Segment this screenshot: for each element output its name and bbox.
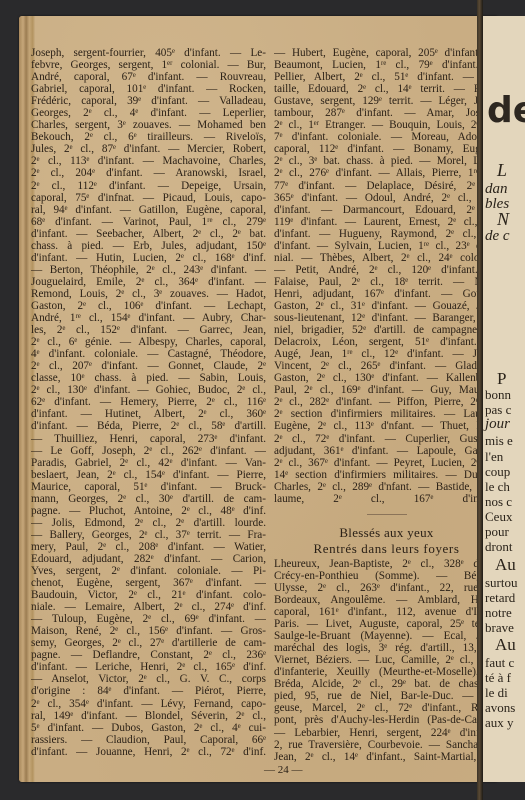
- text-line: — Berton, Théophile, 2ᵉ cl., 243ᵉ d'infa…: [31, 264, 266, 276]
- adjacent-fragment: brave: [485, 621, 514, 634]
- text-line: Bordeaux, Angoulême. — Amblard, Henri,: [274, 594, 499, 606]
- text-line: Ulysse, 2ᵉ cl., 263ᵉ d'infant., 22, rue …: [274, 582, 499, 594]
- adjacent-fragment: le di: [485, 686, 508, 699]
- text-line: 14ᵉ section d'infirmiers militaires. — D…: [274, 469, 499, 481]
- text-line: — Le Goff, Joseph, 2ᵉ cl., 262ᵉ d'infant…: [31, 445, 266, 457]
- text-line: 2ᵉ cl., 276ᵉ d'infant. — Allais, Pierre,…: [274, 167, 499, 179]
- text-line: nial. — Thèbes, Albert, 2ᵉ cl., 24ᵉ colo…: [274, 252, 499, 264]
- text-line: tambour, 287ᵉ d'infant. — Amar, Joseph,: [274, 107, 499, 119]
- text-line: pagne. — Pluchot, Antoine, 2ᵉ cl., 48ᵉ d…: [31, 505, 266, 517]
- book-page: Joseph, sergent-fourrier, 405ᵉ d'infant.…: [19, 16, 497, 782]
- section-divider: [367, 514, 407, 515]
- adjacent-fragment: dront: [485, 540, 512, 553]
- text-line: Edouard, adjudant, 282ᵉ d'infant. — Cari…: [31, 553, 266, 565]
- text-line: adjudant, 361ᵉ d'infant. — Lapoule, Gast…: [274, 445, 499, 457]
- text-line: 2ᵉ cl., 6ᵉ génie. — Albespy, Charles, ca…: [31, 336, 266, 348]
- adjacent-fragment: de c: [485, 230, 510, 243]
- text-line: d'infanterie, Xeuilly (Meurthe-et-Mosell…: [274, 666, 499, 678]
- text-line: d'infant. — Seebacher, Albert, 2ᵉ cl., 2…: [31, 228, 266, 240]
- adjacent-fragment: le ch: [485, 480, 510, 493]
- text-line: Georges, 2ᵉ cl., 4ᵉ d'infant. — Leperlie…: [31, 107, 266, 119]
- text-line: 2ᵉ cl., 113ᵉ d'infant. — Machavoine, Cha…: [31, 155, 266, 167]
- text-line: taille, Edouard, 2ᵉ cl., 14ᵉ territ. — P…: [274, 83, 499, 95]
- text-line: niel, brigadier, 52ᵉ d'artill. de campag…: [274, 324, 499, 336]
- text-line: Maison, René, 2ᵉ cl., 156ᵉ d'infant. — G…: [31, 625, 266, 637]
- text-line: 2ᵉ cl., 72ᵉ d'infant. — Cuperlier, Gusta…: [274, 433, 499, 445]
- text-line: — Thuilliez, Henri, caporal, 273ᵉ d'infa…: [31, 433, 266, 445]
- text-line: Jouguelaird, Emile, 2ᵉ cl., 364ᵉ d'infan…: [31, 276, 266, 288]
- text-line: 68ᵉ d'infant. — Varinot, Paul, 1ʳᵉ cl., …: [31, 216, 266, 228]
- text-line: Bekouch, 2ᵉ cl., 6ᵉ tirailleurs. — Rivel…: [31, 131, 266, 143]
- text-line: Paris. — Livet, Auguste, caporal, 25ᵉ te…: [274, 618, 499, 630]
- adjacent-fragment: jour: [485, 418, 510, 431]
- text-line: 2ᵉ cl., 204ᵉ d'infant. — Aranowski, Isra…: [31, 167, 266, 179]
- text-line: Gaston, 2ᵉ cl., 31ᵉ d'infant. — Gouazé, …: [274, 300, 499, 312]
- text-line: febvre, Georges, sergent, 1ᵉʳ colonial. …: [31, 59, 266, 71]
- text-line: — Ballery, Georges, 2ᵉ cl., 37ᵉ territ. …: [31, 529, 266, 541]
- text-line: Frédéric, caporal, 39ᵉ d'infant. — Valla…: [31, 95, 266, 107]
- left-column: Joseph, sergent-fourrier, 405ᵉ d'infant.…: [31, 47, 266, 758]
- text-line: 2ᵉ cl., 207ᵉ d'infant. — Gonnet, Claude,…: [31, 360, 266, 372]
- text-line: Delacroix, Léon, sergent, 51ᵉ d'infant. …: [274, 336, 499, 348]
- text-line: d'infant. — Jouanne, Henri, 2ᵉ cl., 72ᵉ …: [31, 746, 266, 758]
- text-line: 2ᵉ section d'infirmiers militaires. — La…: [274, 408, 499, 420]
- text-line: ral, 94ᵉ d'infant. — Gatillon, Eugène, c…: [31, 204, 266, 216]
- text-line: Vincent, 2ᵉ cl., 265ᵉ d'infant. — Gladie…: [274, 360, 499, 372]
- text-line: 2ᵉ cl., 282ᵉ d'infant. — Piffon, Pierre,…: [274, 396, 499, 408]
- text-line: Gabriel, caporal, 101ᵉ d'infant. — Rocke…: [31, 83, 266, 95]
- adjacent-fragment: Au: [495, 638, 516, 651]
- adjacent-fragment: dan: [485, 183, 508, 196]
- text-line: 7ᵉ d'infant. coloniale. — Moreau, Adolph…: [274, 131, 499, 143]
- adjacent-fragment: coup: [485, 465, 510, 478]
- text-line: — Tuloup, Eugène, 2ᵉ cl., 69ᵉ d'infant. …: [31, 613, 266, 625]
- adjacent-fragment: l'en: [485, 450, 503, 463]
- adjacent-fragment: té à f: [485, 671, 511, 684]
- adjacent-fragment: de: [487, 104, 525, 117]
- text-line: ral, 149ᵉ d'infant. — Blondel, Séverin, …: [31, 710, 266, 722]
- adjacent-fragment: N: [497, 213, 509, 226]
- text-line: Viernet, Béziers. — Luc, Camille, 2ᵉ cl.…: [274, 654, 499, 666]
- text-line: 2ᵉ cl., 354ᵉ d'infant. — Lévy, Fernand, …: [31, 698, 266, 710]
- text-line: Saulge-le-Bruant (Mayenne). — Ecal, Jean…: [274, 630, 499, 642]
- text-line: Bréda, Alcide, 2ᵉ cl., 29ᵉ bat. de chass…: [274, 678, 499, 690]
- text-line: d'infant. — Hutin, Lucien, 2ᵉ cl., 168ᵉ …: [31, 252, 266, 264]
- text-line: d'infant. — Leriche, Henri, 2ᵉ cl., 165ᵉ…: [31, 661, 266, 673]
- text-line: Charles, 2ᵉ cl., 289ᵉ d'nfant. — Bastide…: [274, 481, 499, 493]
- text-line: d'infant. — Béda, Pierre, 2ᵉ cl., 58ᵉ d'…: [31, 420, 266, 432]
- text-line: 62ᵉ d'infant. — Hemery, Pierre, 2ᵉ cl., …: [31, 396, 266, 408]
- text-line: Gaston, 2ᵉ cl., 106ᵉ d'infant. — Lechapt…: [31, 300, 266, 312]
- section-heading-injured-eyes: Blessés aux yeux: [274, 527, 499, 539]
- text-line: caporal, 75ᵉ d'infnat. — Picaud, Louis, …: [31, 192, 266, 204]
- section-list: Lheureux, Jean-Baptiste, 2ᵉ cl., 328ᵉ d'…: [274, 558, 499, 763]
- adjacent-fragment: faut c: [485, 656, 514, 669]
- right-column: — Hubert, Eugène, caporal, 205ᵉ d'infant…: [274, 47, 499, 763]
- adjacent-fragment: pas c: [485, 403, 511, 416]
- adjacent-fragment: L: [497, 164, 507, 177]
- text-line: Yves, sergent, 2ᵉ d'infant. coloniale. —…: [31, 565, 266, 577]
- text-line: caporal, 161ᵉ d'infant., 112, avenue d'I…: [274, 606, 499, 618]
- text-line: niale. — Lemaire, Albert, 2ᵉ cl., 274ᵉ d…: [31, 601, 266, 613]
- text-line: Crécy-en-Ponthieu (Somme). — Bégoin,: [274, 570, 499, 582]
- text-line: 2ᵉ cl., 130ᵉ d'infant. — Gohiec, Budoc, …: [31, 384, 266, 396]
- text-line: 2ᵉ cl., 367ᵉ d'infant. — Peyret, Lucien,…: [274, 457, 499, 469]
- adjacent-fragment: Ceux: [485, 510, 512, 523]
- text-line: Eugène, 2ᵉ cl., 113ᵉ d'nfant. — Thuet, P…: [274, 420, 499, 432]
- text-line: beslaert, Jean, 2ᵉ cl., 154ᵉ d'infant. —…: [31, 469, 266, 481]
- text-line: André, caporal, 67ᵉ d'infant. — Rouvreau…: [31, 71, 266, 83]
- adjacent-fragment: mis e: [485, 434, 513, 447]
- text-line: André, 1ʳᵉ cl., 154ᵉ d'infant. — Aubry, …: [31, 312, 266, 324]
- text-line: d'infant. — Hutinet, Albert, 2ᵉ cl., 360…: [31, 408, 266, 420]
- text-line: chenot, Eugène, sergent, 367ᵉ d'infant. …: [31, 577, 266, 589]
- text-line: pagne. — Deflandre, Constant, 2ᵉ cl., 23…: [31, 649, 266, 661]
- text-line: 4ᵉ d'infant. coloniale. — Castagné, Théo…: [31, 348, 266, 360]
- adjacent-fragment: pour: [485, 525, 509, 538]
- text-line: mann, Georges, 2ᵉ cl., 30ᵉ d'artill. de …: [31, 493, 266, 505]
- text-line: — Petit, André, 2ᵉ cl., 120ᵉ d'infant. —: [274, 264, 499, 276]
- adjacent-page: de L dan bles N de c P bonn pas c jour m…: [483, 16, 525, 782]
- adjacent-fragment: bonn: [485, 388, 511, 401]
- text-line: 2ᵉ cl., 112ᵉ d'infant. — Depeige, Ursain…: [31, 180, 266, 192]
- text-line: 119ᵉ d'infant. — Laurent, Ernest, 2ᵉ cl.…: [274, 216, 499, 228]
- page-number: — 24 —: [264, 764, 303, 776]
- text-line: 2ᵉ cl., 3ᵉ bat. chass. à pied. — Morel, …: [274, 155, 499, 167]
- text-line: d'origine : 84ᵉ d'infant. — Piérot, Pier…: [31, 685, 266, 697]
- section-subheading-returned-home: Rentrés dans leurs foyers: [274, 543, 499, 555]
- text-line: d'infant. — Darmancourt, Edouard, 2ᵉ cl.…: [274, 204, 499, 216]
- text-line: rassiers. — Claudion, Paul, Caporal, 66ᵉ: [31, 734, 266, 746]
- text-line: caporal, 112ᵉ d'infant. — Bonamy, Eugène…: [274, 143, 499, 155]
- text-line: 77ᵉ d'infant. — Delaplace, Désiré, 2ᵉ cl…: [274, 180, 499, 192]
- text-line: laume, 2ᵉ cl., 167ᵉ d'infant.: [274, 493, 499, 505]
- text-line: — Hubert, Eugène, caporal, 205ᵉ d'infant…: [274, 47, 499, 59]
- right-column-list: — Hubert, Eugène, caporal, 205ᵉ d'infant…: [274, 47, 499, 505]
- text-line: — Jolis, Edmond, 2ᵉ cl., 2ᵉ d'artill. lo…: [31, 517, 266, 529]
- text-line: pont, près d'Auchy-les-Herdin (Pas-de-Ca…: [274, 714, 499, 726]
- text-line: Jean, 2ᵉ cl., 14ᵉ d'infant., Saint-Marti…: [274, 751, 499, 763]
- text-line: — Lebarbier, Henri, sergent, 224ᵉ d'infa…: [274, 727, 499, 739]
- adjacent-fragment: P: [497, 372, 506, 385]
- text-line: Maurice, caporal, 51ᵉ d'infant. — Bruck-: [31, 481, 266, 493]
- text-line: Remond, Louis, 2ᵉ cl., 3ᵉ zouaves. — Had…: [31, 288, 266, 300]
- text-line: Joseph, sergent-fourrier, 405ᵉ d'infant.…: [31, 47, 266, 59]
- text-line: maréchal des logis, 3ᵉ rég. d'artill., 1…: [274, 642, 499, 654]
- adjacent-fragment: Au: [495, 558, 516, 571]
- text-line: Falaise, Paul, 2ᵉ cl., 18ᵉ territ. — Noë…: [274, 276, 499, 288]
- text-line: chass. à pied. — Erb, Jules, adjudant, 1…: [31, 240, 266, 252]
- text-line: d'infant. — Hugueny, Raymond, 2ᵉ cl., 67…: [274, 228, 499, 240]
- adjacent-fragment: surtou: [485, 576, 518, 589]
- adjacent-fragment: notre: [485, 606, 512, 619]
- text-line: Gustave, sergent, 129ᵉ territ. — Léger, …: [274, 95, 499, 107]
- text-line: Augé, Jean, 1ʳᵉ cl., 12ᵉ d'infant. — Jos…: [274, 348, 499, 360]
- text-line: 365ᵉ d'infant. — Odoul, André, 2ᵉ cl., 4…: [274, 192, 499, 204]
- text-line: Pellier, Albert, 2ᵉ cl., 51ᵉ d'infant. —…: [274, 71, 499, 83]
- text-line: Baudouin, Victor, 2ᵉ cl., 21ᵉ d'infant. …: [31, 589, 266, 601]
- adjacent-fragment: avons: [485, 701, 515, 714]
- text-line: Henri, adjudant, 167ᵉ d'infant. — Goujon…: [274, 288, 499, 300]
- text-line: Jules, 2ᵉ cl., 87ᵉ d'infant. — Mercier, …: [31, 143, 266, 155]
- text-line: classe, 10ᵉ chass. à pied. — Sabin, Loui…: [31, 372, 266, 384]
- adjacent-fragment: aux y: [485, 716, 514, 729]
- text-line: semy, Georges, 2ᵉ cl., 27ᵉ d'artillerie …: [31, 637, 266, 649]
- text-line: geuse, Marcel, 2ᵉ cl., 72ᵉ d'infant., Ro…: [274, 702, 499, 714]
- text-line: 2ᵉ cl., 1ᵉʳ Etranger. — Bouquin, Louis, …: [274, 119, 499, 131]
- adjacent-fragment: nos c: [485, 495, 512, 508]
- text-line: Charles, sergent, 3ᵉ zouaves. — Mohamed …: [31, 119, 266, 131]
- text-line: Paradis, Gabriel, 2ᵉ cl., 42ᵉ d'infant. …: [31, 457, 266, 469]
- text-line: sous-lieutenant, 12ᵉ d'infant. — Barange…: [274, 312, 499, 324]
- text-line: 2, rue Traversière, Courbevoie. — Sancha…: [274, 739, 499, 751]
- text-line: Paul, 2ᵉ cl., 169ᵉ d'infant. — Guy, Maur…: [274, 384, 499, 396]
- text-line: pied, 95, rue de Niel, Bar-le-Duc. — De-: [274, 690, 499, 702]
- text-line: les, 2ᵉ cl., 152ᵉ d'infant. — Garrec, Je…: [31, 324, 266, 336]
- adjacent-fragment: retard: [485, 591, 515, 604]
- text-line: 5ᵉ d'infant. — Dubos, Gaston, 2ᵉ cl., 4ᵉ…: [31, 722, 266, 734]
- text-line: Beaumont, Lucien, 1ʳᵉ cl., 79ᵉ d'infant.…: [274, 59, 499, 71]
- text-line: — Anselot, Victor, 2ᵉ cl., G. V. C., cor…: [31, 673, 266, 685]
- text-line: Gaston, 2ᵉ cl., 130ᵉ d'infant. — Kallenb…: [274, 372, 499, 384]
- text-line: d'infant. — Sylvain, Lucien, 1ʳᵉ cl., 23…: [274, 240, 499, 252]
- text-line: Lheureux, Jean-Baptiste, 2ᵉ cl., 328ᵉ d'…: [274, 558, 499, 570]
- text-line: mery, Paul, 2ᵉ cl., 208ᵉ d'infant. — Wat…: [31, 541, 266, 553]
